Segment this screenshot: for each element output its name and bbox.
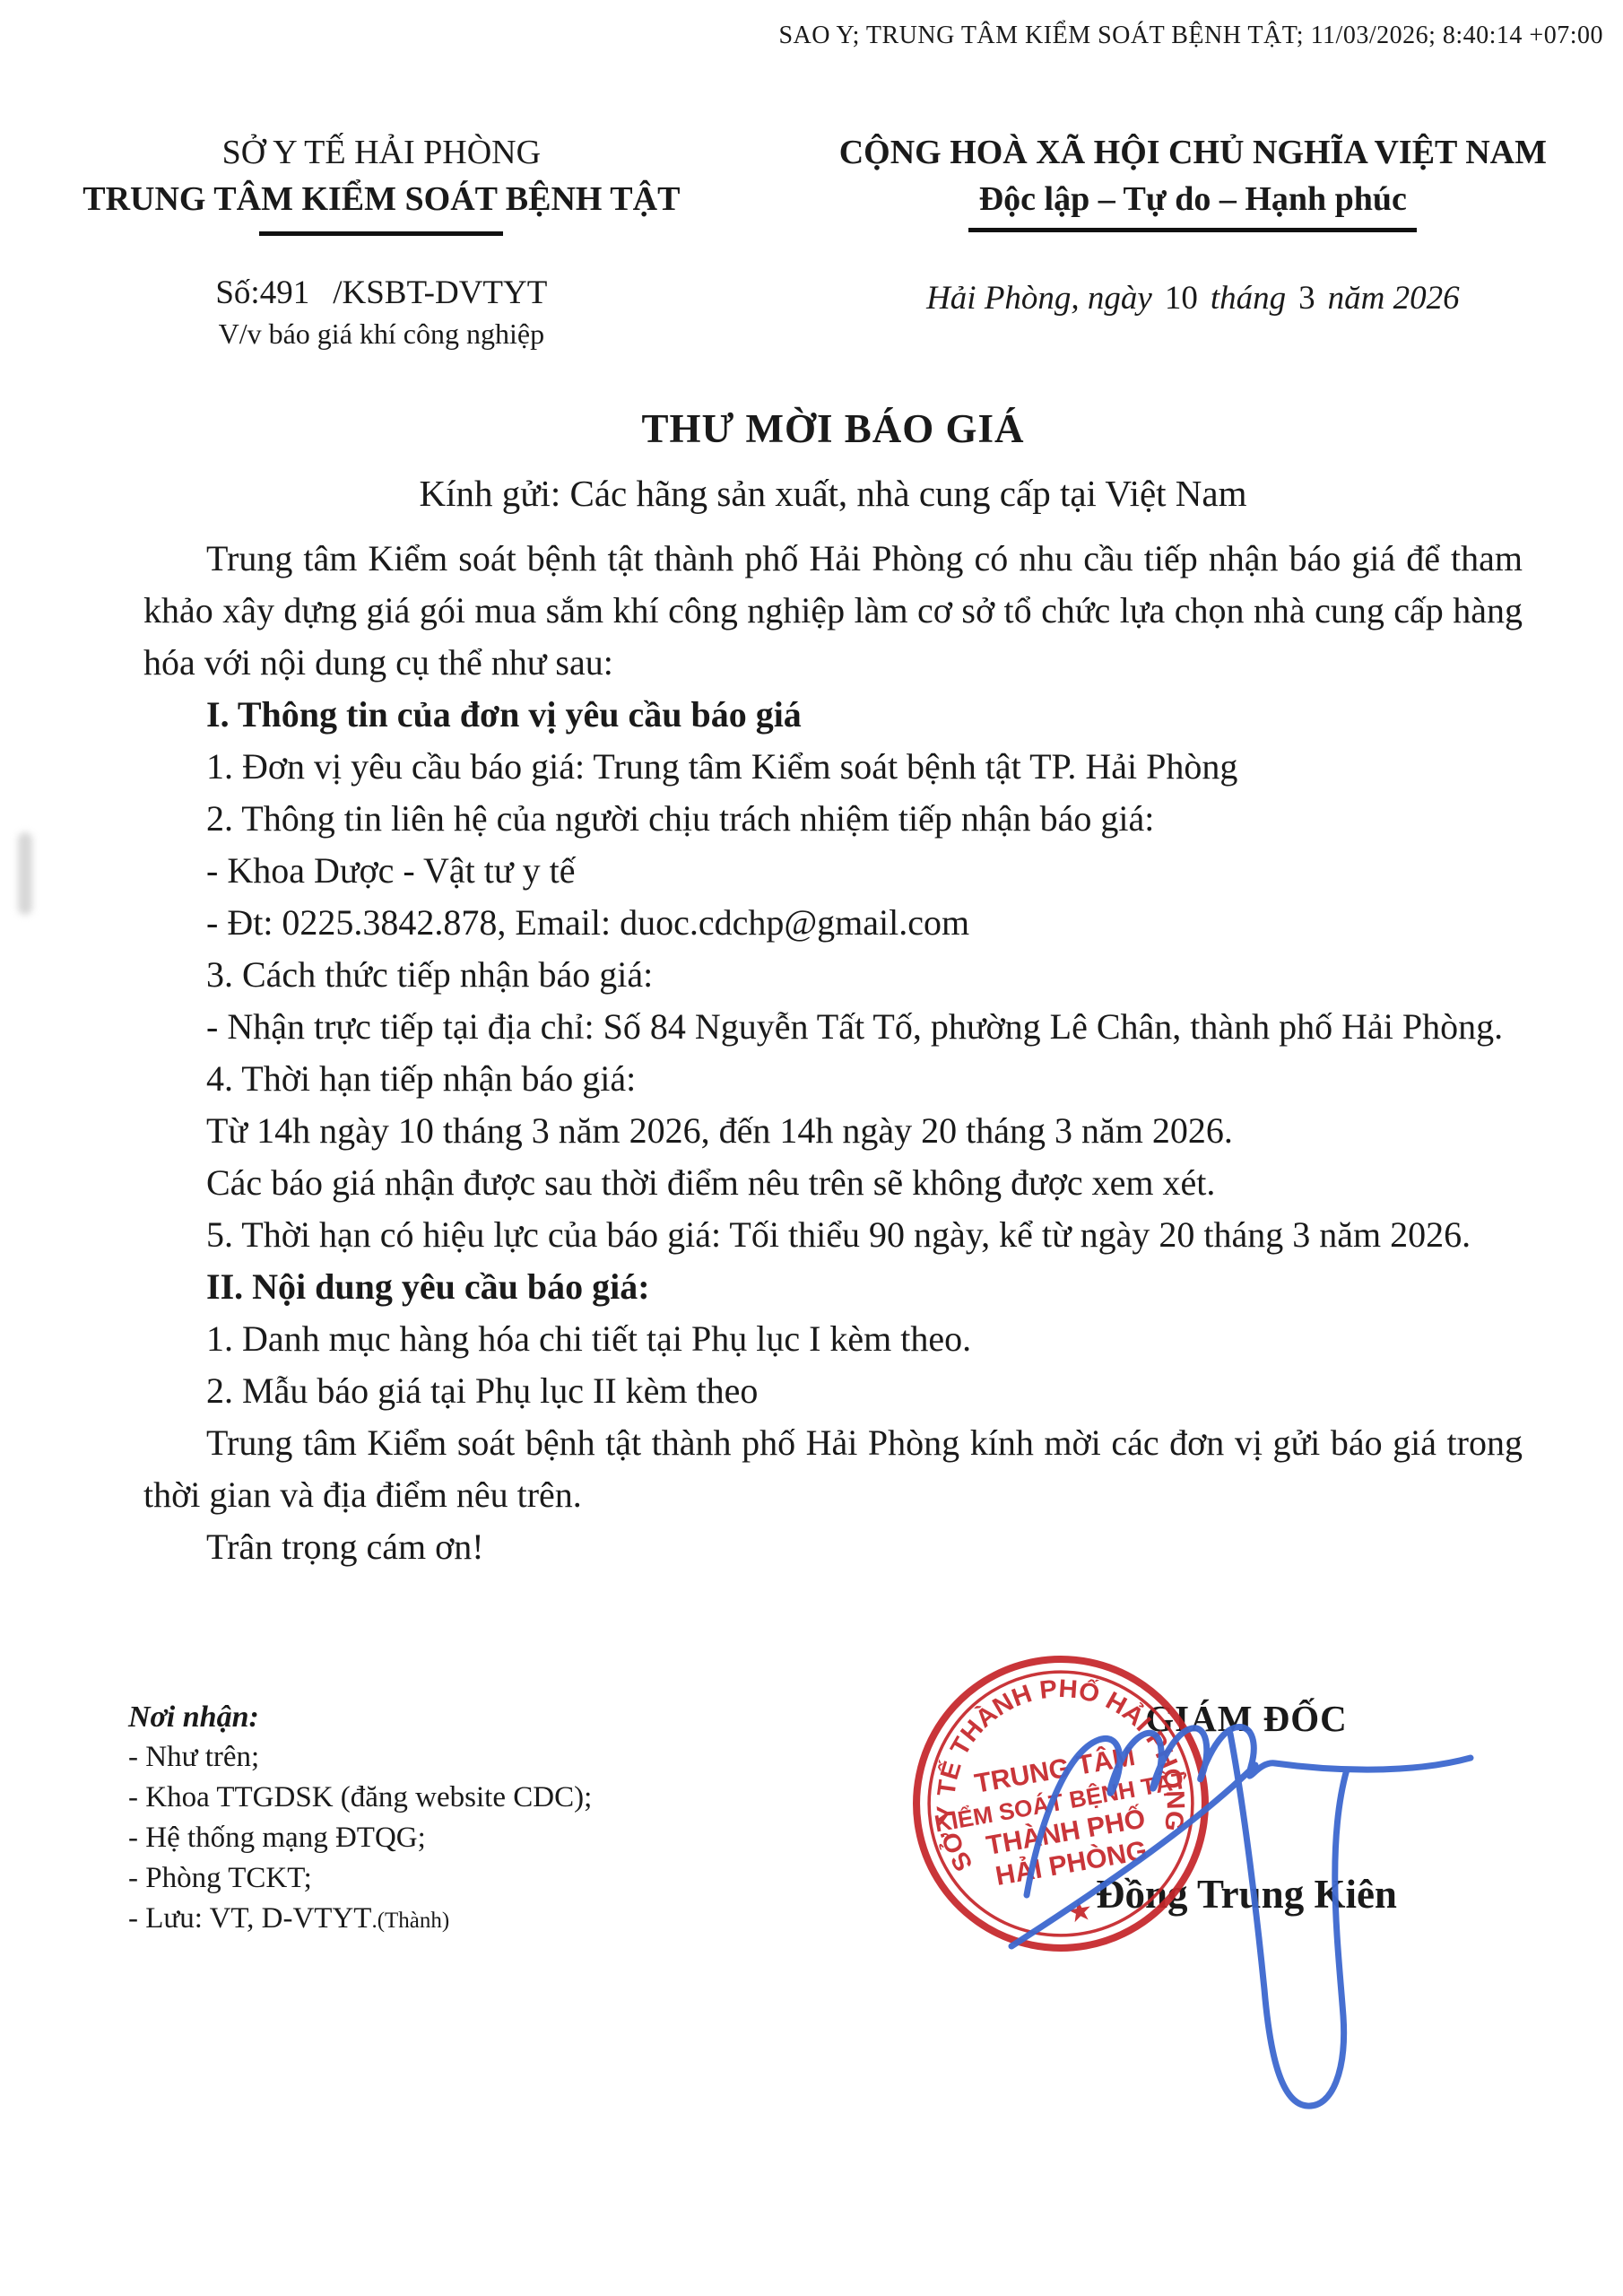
recipient-item: - Hệ thống mạng ĐTQG;	[128, 1818, 592, 1858]
motto-underline	[968, 228, 1417, 232]
certification-line: SAO Y; TRUNG TÂM KIỂM SOÁT BỆNH TẬT; 11/…	[778, 22, 1603, 50]
date-year-label: năm	[1328, 280, 1385, 317]
signature-stroke	[1011, 1765, 1255, 1946]
recipients-block: Nơi nhận: - Như trên; - Khoa TTGDSK (đăn…	[128, 1697, 592, 1941]
section-heading-2: II. Nội dung yêu cầu báo giá:	[143, 1261, 1523, 1313]
date-month-label: tháng	[1211, 280, 1286, 317]
section-heading-1: I. Thông tin của đơn vị yêu cầu báo giá	[143, 689, 1523, 741]
body-paragraph: - Đt: 0225.3842.878, Email: duoc.cdchp@g…	[143, 897, 1523, 949]
salutation: Kính gửi: Các hãng sản xuất, nhà cung cấ…	[143, 472, 1523, 515]
body-paragraph: 1. Đơn vị yêu cầu báo giá: Trung tâm Kiể…	[143, 741, 1523, 793]
body-paragraph: 5. Thời hạn có hiệu lực của báo giá: Tối…	[143, 1209, 1523, 1261]
body-paragraph: 1. Danh mục hàng hóa chi tiết tại Phụ lụ…	[143, 1313, 1523, 1365]
recipient-item: - Phòng TCKT;	[128, 1858, 592, 1899]
body-paragraph: 3. Cách thức tiếp nhận báo giá:	[143, 949, 1523, 1001]
body-paragraph: 4. Thời hạn tiếp nhận báo giá:	[143, 1053, 1523, 1105]
body-text: Trung tâm Kiểm soát bệnh tật thành phố H…	[143, 533, 1523, 1573]
signature-stroke	[1230, 1734, 1347, 2106]
body-paragraph: 2. Thông tin liên hệ của người chịu trác…	[143, 793, 1523, 845]
body-paragraph: Trung tâm Kiểm soát bệnh tật thành phố H…	[143, 533, 1523, 689]
document-number: 491	[260, 274, 310, 311]
document-subject: V/v báo giá khí công nghiệp	[0, 317, 763, 351]
luu-main: - Lưu: VT, D-VTYT	[128, 1902, 371, 1935]
handwritten-signature	[942, 1684, 1524, 2133]
document-number-prefix: Số:	[215, 274, 259, 311]
body-paragraph: Trung tâm Kiểm soát bệnh tật thành phố H…	[143, 1417, 1523, 1521]
document-header: SỞ Y TẾ HẢI PHÒNG TRUNG TÂM KIỂM SOÁT BỆ…	[0, 133, 1623, 351]
national-motto: Độc lập – Tự do – Hạnh phúc	[763, 179, 1623, 219]
parent-agency-name: SỞ Y TẾ HẢI PHÒNG	[0, 133, 763, 172]
date-place: Hải Phòng, ngày	[926, 280, 1152, 317]
scan-artifact	[18, 832, 32, 915]
recipient-item-luu: - Lưu: VT, D-VTYT.(Thành)	[128, 1899, 592, 1941]
document-main: THƯ MỜI BÁO GIÁ Kính gửi: Các hãng sản x…	[143, 405, 1523, 1573]
body-paragraph: Các báo giá nhận được sau thời điểm nêu …	[143, 1157, 1523, 1209]
recipient-item: - Khoa TTGDSK (đăng website CDC);	[128, 1778, 592, 1818]
issuing-agency-block: SỞ Y TẾ HẢI PHÒNG TRUNG TÂM KIỂM SOÁT BỆ…	[0, 133, 763, 351]
national-motto-block: CỘNG HOÀ XÃ HỘI CHỦ NGHĨA VIỆT NAM Độc l…	[763, 133, 1623, 351]
body-paragraph: - Nhận trực tiếp tại địa chỉ: Số 84 Nguy…	[143, 1001, 1523, 1053]
body-paragraph: 2. Mẫu báo giá tại Phụ lục II kèm theo	[143, 1365, 1523, 1417]
document-page: SAO Y; TRUNG TÂM KIỂM SOÁT BỆNH TẬT; 11/…	[0, 0, 1623, 2296]
body-paragraph: Từ 14h ngày 10 tháng 3 năm 2026, đến 14h…	[143, 1105, 1523, 1157]
date-year: 2026	[1393, 280, 1460, 317]
date-day: 10	[1165, 280, 1198, 317]
national-title: CỘNG HOÀ XÃ HỘI CHỦ NGHĨA VIỆT NAM	[763, 133, 1623, 172]
luu-note: .(Thành)	[371, 1909, 449, 1933]
body-paragraph: - Khoa Dược - Vật tư y tế	[143, 845, 1523, 897]
document-number-line: Số:491/KSBT-DVTYT	[0, 274, 763, 312]
document-number-suffix: /KSBT-DVTYT	[333, 274, 547, 311]
agency-name: TRUNG TÂM KIỂM SOÁT BỆNH TẬT	[0, 179, 763, 219]
document-title: THƯ MỜI BÁO GIÁ	[143, 405, 1523, 452]
recipients-label: Nơi nhận:	[128, 1697, 592, 1737]
place-date-line: Hải Phòng, ngày10tháng3năm 2026	[763, 279, 1623, 317]
agency-underline	[259, 231, 503, 236]
closing-line: Trân trọng cám ơn!	[143, 1521, 1523, 1573]
recipient-item: - Như trên;	[128, 1737, 592, 1778]
date-month: 3	[1298, 280, 1315, 317]
